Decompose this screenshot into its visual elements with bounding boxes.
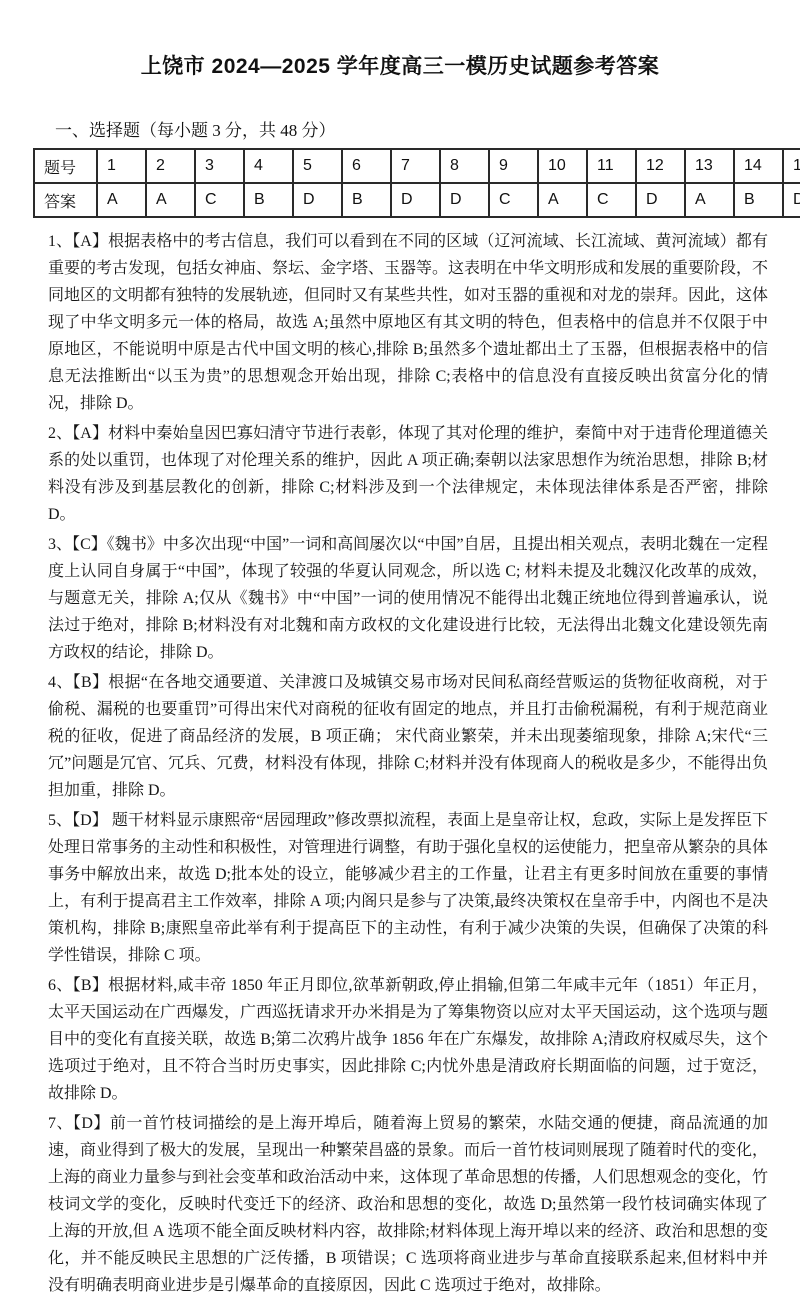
correct-answer-label: 【D】 (73, 1115, 110, 1132)
question-number-cell: 8 (440, 149, 489, 183)
answer-cell: A (97, 183, 146, 217)
question-number-cell: 9 (489, 149, 538, 183)
explanation-text: 根据“在各地交通要道、关津渡口及城镇交易市场对民间私商经营贩运的货物征收商税，对… (48, 674, 768, 799)
answer-cell: B (244, 183, 293, 217)
answer-cell: D (783, 183, 800, 217)
question-number-label: 7、 (48, 1115, 73, 1132)
explanation-text: 材料中秦始皇因巴寡妇清守节进行表彰，体现了其对伦理的维护，秦简中对于违背伦理道德… (48, 425, 768, 523)
question-number-cell: 4 (244, 149, 293, 183)
explanation-text: 《魏书》中多次出现“中国”一词和高闾屡次以“中国”自居，且提出相关观点，表明北魏… (48, 536, 768, 661)
question-number-cell: 7 (391, 149, 440, 183)
correct-answer-label: 【A】 (72, 425, 108, 442)
correct-answer-label: 【A】 (72, 233, 108, 250)
answer-cell: D (391, 183, 440, 217)
document-page: 上饶市 2024—2025 学年度高三一模历史试题参考答案 一、选择题（每小题 … (0, 0, 800, 1299)
question-number-label: 2、 (48, 425, 72, 442)
answer-cell: B (342, 183, 391, 217)
answer-cell: C (587, 183, 636, 217)
answer-cell: B (734, 183, 783, 217)
question-number-cell: 13 (685, 149, 734, 183)
answer-key-table: 题号12345678910111213141516 答案AACBDBDDCACD… (33, 148, 800, 218)
explanation-text: 题干材料显示康熙帝“居园理政”修改票拟流程，表面上是皇帝让权，怠政，实际上是发挥… (48, 812, 768, 964)
answer-cell: A (146, 183, 195, 217)
question-number-row: 题号12345678910111213141516 (34, 149, 800, 183)
correct-answer-label: 【D】 (72, 812, 108, 829)
question-number-cell: 2 (146, 149, 195, 183)
question-number-cell: 5 (293, 149, 342, 183)
explanation-text: 根据表格中的考古信息，我们可以看到在不同的区域（辽河流域、长江流域、黄河流域）都… (48, 233, 768, 412)
question-number-cell: 14 (734, 149, 783, 183)
explanation-text: 前一首竹枝词描绘的是上海开埠后，随着海上贸易的繁荣，水陆交通的便捷，商品流通的加… (48, 1115, 768, 1294)
answer-cell: A (538, 183, 587, 217)
question-number-label: 6、 (48, 977, 73, 994)
explanation-paragraph: 3、【C】《魏书》中多次出现“中国”一词和高闾屡次以“中国”自居，且提出相关观点… (48, 531, 768, 666)
explanation-paragraph: 2、【A】材料中秦始皇因巴寡妇清守节进行表彰，体现了其对伦理的维护，秦简中对于违… (48, 420, 768, 528)
correct-answer-label: 【B】 (73, 674, 109, 691)
explanation-paragraph: 5、【D】 题干材料显示康熙帝“居园理政”修改票拟流程，表面上是皇帝让权，怠政，… (48, 807, 768, 969)
explanation-paragraph: 6、【B】根据材料,咸丰帝 1850 年正月即位,欲革新朝政,停止捐输,但第二年… (48, 972, 768, 1107)
question-number-row-label: 题号 (34, 149, 97, 183)
explanation-paragraph: 4、【B】根据“在各地交通要道、关津渡口及城镇交易市场对民间私商经营贩运的货物征… (48, 669, 768, 804)
answer-cell: D (440, 183, 489, 217)
explanation-paragraph: 7、【D】前一首竹枝词描绘的是上海开埠后，随着海上贸易的繁荣，水陆交通的便捷，商… (48, 1110, 768, 1299)
answer-row-label: 答案 (34, 183, 97, 217)
question-number-cell: 10 (538, 149, 587, 183)
correct-answer-label: 【B】 (73, 977, 109, 994)
explanation-text: 根据材料,咸丰帝 1850 年正月即位,欲革新朝政,停止捐输,但第二年咸丰元年（… (48, 977, 768, 1102)
explanations-list: 1、【A】根据表格中的考古信息，我们可以看到在不同的区域（辽河流域、长江流域、黄… (48, 228, 768, 1299)
question-number-cell: 11 (587, 149, 636, 183)
explanation-paragraph: 1、【A】根据表格中的考古信息，我们可以看到在不同的区域（辽河流域、长江流域、黄… (48, 228, 768, 417)
question-number-cell: 12 (636, 149, 685, 183)
question-number-label: 4、 (48, 674, 73, 691)
correct-answer-label: 【C】 (72, 536, 107, 553)
section-heading: 一、选择题（每小题 3 分，共 48 分） (55, 116, 800, 141)
answer-cell: D (636, 183, 685, 217)
question-number-label: 3、 (48, 536, 72, 553)
answer-cell: C (489, 183, 538, 217)
answer-row: 答案AACBDBDDCACDABDB (34, 183, 800, 217)
page-title: 上饶市 2024—2025 学年度高三一模历史试题参考答案 (0, 0, 800, 80)
question-number-label: 1、 (48, 233, 72, 250)
question-number-cell: 6 (342, 149, 391, 183)
answer-cell: A (685, 183, 734, 217)
answer-cell: D (293, 183, 342, 217)
question-number-cell: 15 (783, 149, 800, 183)
answer-cell: C (195, 183, 244, 217)
question-number-cell: 3 (195, 149, 244, 183)
question-number-cell: 1 (97, 149, 146, 183)
question-number-label: 5、 (48, 812, 72, 829)
